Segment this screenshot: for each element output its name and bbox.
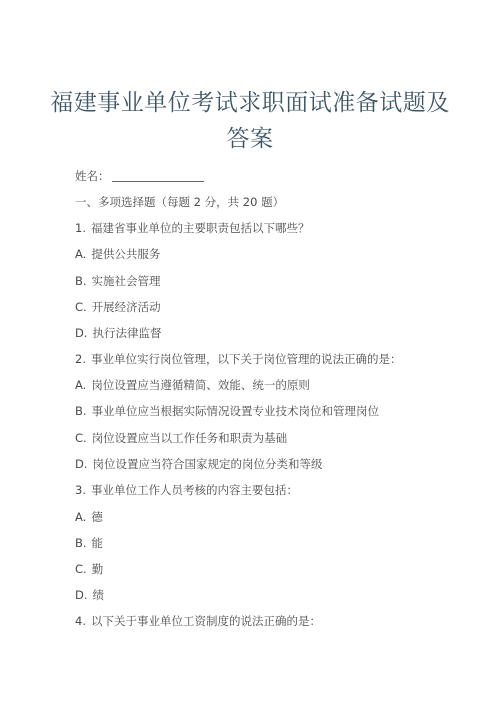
- option-text: 实施社会管理: [92, 274, 161, 288]
- question-2-option-b: B.事业单位应当根据实际情况设置专业技术岗位和管理岗位: [75, 404, 379, 418]
- option-text: 执行法律监督: [93, 326, 162, 340]
- option-text: 岗位设置应当符合国家规定的岗位分类和等级: [93, 457, 323, 471]
- option-text: 德: [91, 510, 103, 524]
- question-1-option-c: C.开展经济活动: [75, 300, 161, 314]
- option-text: 岗位设置应当以工作任务和职责为基础: [92, 431, 288, 445]
- question-1-option-a: A.提供公共服务: [75, 247, 160, 261]
- question-3-option-d: D.绩: [75, 588, 104, 602]
- question-1: 1.福建省事业单位的主要职责包括以下哪些？: [75, 221, 309, 235]
- document-title-line2: 答案: [40, 120, 460, 153]
- option-letter: C.: [75, 562, 87, 576]
- option-letter: C.: [75, 300, 87, 314]
- option-letter: C.: [75, 431, 87, 445]
- question-text: 事业单位实行岗位管理，以下关于岗位管理的说法正确的是：: [91, 352, 402, 366]
- option-text: 开展经济活动: [92, 300, 161, 314]
- option-text: 提供公共服务: [91, 247, 160, 261]
- name-label: 姓名：: [75, 169, 110, 183]
- option-text: 能: [92, 536, 104, 550]
- section-heading: 一、多项选择题（每题 2 分，共 20 题）: [75, 195, 284, 209]
- question-number: 4.: [75, 614, 86, 628]
- name-blank-underline: [112, 171, 204, 182]
- question-4: 4.以下关于事业单位工资制度的说法正确的是：: [75, 614, 321, 628]
- question-number: 1.: [75, 221, 86, 235]
- question-3-option-c: C.勤: [75, 562, 103, 576]
- question-text: 事业单位工作人员考核的内容主要包括：: [91, 483, 298, 497]
- option-letter: A.: [75, 510, 86, 524]
- name-field: 姓名：: [75, 169, 204, 183]
- document-page: 福建事业单位考试求职面试准备试题及 答案 姓名： 一、多项选择题（每题 2 分，…: [0, 0, 500, 707]
- question-1-option-b: B.实施社会管理: [75, 274, 161, 288]
- option-letter: B.: [75, 404, 87, 418]
- question-text: 福建省事业单位的主要职责包括以下哪些？: [91, 221, 310, 235]
- option-letter: D.: [75, 326, 88, 340]
- option-text: 岗位设置应当遵循精简、效能、统一的原则: [91, 378, 310, 392]
- option-text: 勤: [92, 562, 104, 576]
- question-2-option-d: D.岗位设置应当符合国家规定的岗位分类和等级: [75, 457, 323, 471]
- option-text: 绩: [93, 588, 105, 602]
- document-title-line1: 福建事业单位考试求职面试准备试题及: [40, 84, 460, 117]
- question-3-option-a: A.德: [75, 510, 103, 524]
- question-2-option-c: C.岗位设置应当以工作任务和职责为基础: [75, 431, 287, 445]
- option-letter: A.: [75, 247, 86, 261]
- question-3-option-b: B.能: [75, 536, 103, 550]
- option-letter: A.: [75, 378, 86, 392]
- option-letter: B.: [75, 274, 87, 288]
- option-text: 事业单位应当根据实际情况设置专业技术岗位和管理岗位: [92, 404, 380, 418]
- question-1-option-d: D.执行法律监督: [75, 326, 162, 340]
- option-letter: B.: [75, 536, 87, 550]
- question-2-option-a: A.岗位设置应当遵循精简、效能、统一的原则: [75, 378, 310, 392]
- option-letter: D.: [75, 588, 88, 602]
- question-number: 3.: [75, 483, 86, 497]
- question-2: 2.事业单位实行岗位管理，以下关于岗位管理的说法正确的是：: [75, 352, 401, 366]
- option-letter: D.: [75, 457, 88, 471]
- question-number: 2.: [75, 352, 86, 366]
- question-3: 3.事业单位工作人员考核的内容主要包括：: [75, 483, 298, 497]
- question-text: 以下关于事业单位工资制度的说法正确的是：: [91, 614, 321, 628]
